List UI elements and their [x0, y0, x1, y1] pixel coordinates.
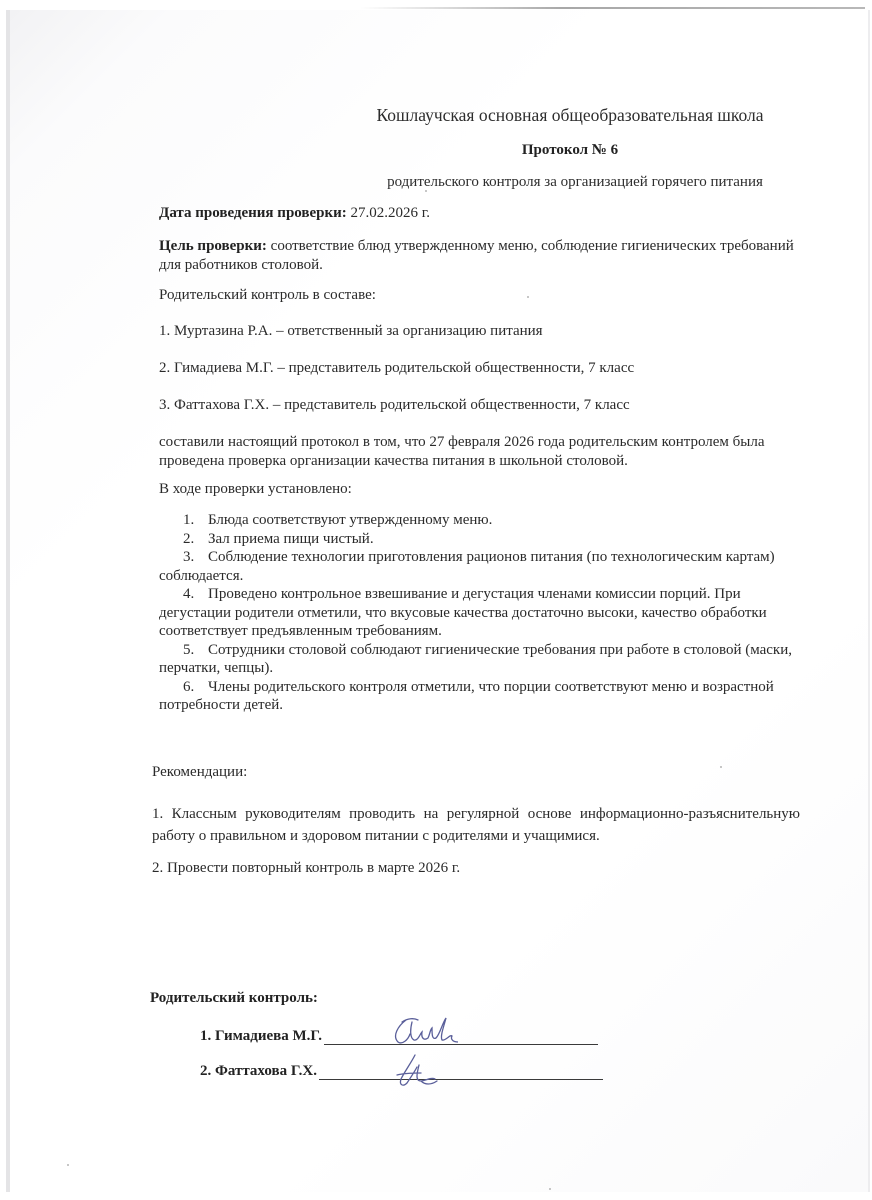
protocol-title: Протокол № 6 — [0, 142, 872, 159]
handwritten-signature-icon — [391, 1051, 441, 1091]
school-name: Кошлаучская основная общеобразовательная… — [0, 105, 872, 126]
statement: составили настоящий протокол в том, что … — [159, 433, 799, 471]
date-label: Дата проведения проверки: — [159, 205, 347, 221]
recommendations-heading: Рекомендации: — [152, 764, 247, 781]
findings-list: 1.Блюда соответствуют утвержденному меню… — [159, 511, 799, 715]
finding-item: 3.Соблюдение технологии приготовления ра… — [159, 548, 799, 585]
finding-item: 5.Сотрудники столовой соблюдают гигиенич… — [159, 641, 799, 678]
findings-heading: В ходе проверки установлено: — [159, 481, 352, 498]
finding-item: 4.Проведено контрольное взвешивание и де… — [159, 585, 799, 641]
committee-heading: Родительский контроль в составе: — [159, 287, 376, 304]
scan-speck — [425, 190, 427, 192]
scan-speck — [527, 296, 529, 298]
signature-line — [319, 1061, 603, 1080]
signature-row-2: 2. Фаттахова Г.Х. — [200, 1061, 603, 1080]
recommendation-1: 1. Классным руководителям проводить на р… — [152, 803, 800, 847]
goal-label: Цель проверки: — [159, 238, 267, 254]
date-value: 27.02.2026 г. — [347, 205, 430, 221]
signature-line — [324, 1026, 598, 1045]
scan-edge-shadow — [360, 7, 865, 9]
member-1: 1. Муртазина Р.А. – ответственный за орг… — [159, 323, 543, 340]
scan-speck — [720, 766, 722, 768]
member-3: 3. Фаттахова Г.Х. – представитель родите… — [159, 397, 630, 414]
inspection-goal: Цель проверки: соответствие блюд утвержд… — [159, 237, 799, 275]
protocol-subtitle: родительского контроля за организацией г… — [0, 174, 872, 191]
finding-item: 2.Зал приема пищи чистый. — [159, 530, 799, 549]
finding-item: 1.Блюда соответствуют утвержденному меню… — [159, 511, 799, 530]
signer-name: 1. Гимадиева М.Г. — [200, 1028, 322, 1045]
signature-row-1: 1. Гимадиева М.Г. — [200, 1026, 598, 1045]
member-2: 2. Гимадиева М.Г. – представитель родите… — [159, 360, 634, 377]
recommendation-2: 2. Провести повторный контроль в марте 2… — [152, 860, 460, 877]
signatures-heading: Родительский контроль: — [150, 990, 318, 1007]
scan-speck — [67, 1164, 69, 1166]
scan-speck — [549, 1188, 551, 1190]
handwritten-signature-icon — [388, 1014, 458, 1048]
inspection-date: Дата проведения проверки: 27.02.2026 г. — [159, 205, 430, 222]
signer-name: 2. Фаттахова Г.Х. — [200, 1063, 317, 1080]
finding-item: 6.Члены родительского контроля отметили,… — [159, 678, 799, 715]
